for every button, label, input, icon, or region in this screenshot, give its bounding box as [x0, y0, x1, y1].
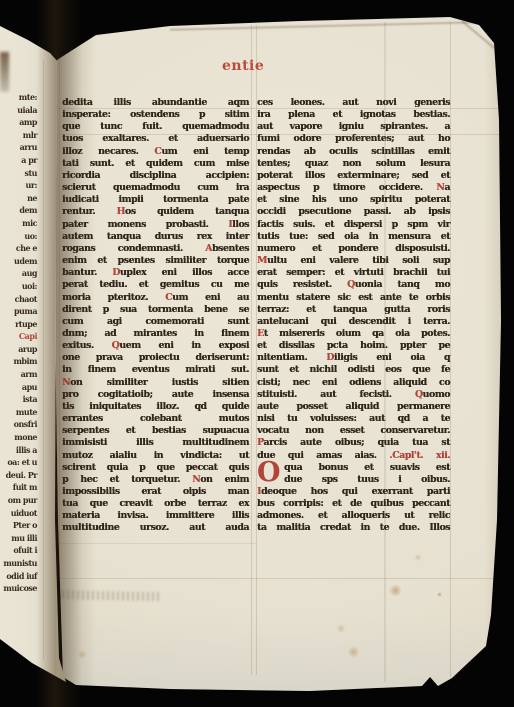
page-bottom-tint: [60, 612, 500, 707]
facing-page-line-fragment: aug: [1, 267, 37, 280]
text-line: pater monens probasti. Illos: [62, 219, 249, 231]
facing-page-line-fragment: arup: [1, 343, 37, 356]
ruling-line: [57, 578, 497, 579]
text-line: tuos exaltares. et aduersario: [62, 133, 249, 145]
facing-page-line-fragment: mic: [1, 217, 37, 230]
text-line: mutoz aialiu in vindicta: ut: [62, 450, 249, 462]
facing-page-line-fragment: a pr: [1, 154, 37, 167]
text-line: tentes; quaz non solum lesura: [257, 158, 450, 170]
text-line: immisisti illis multitudinem: [62, 437, 249, 449]
text-line: fumi odore proferentes; aut ho: [257, 133, 450, 145]
text-line: exitus. Quem eni in exposi: [62, 340, 249, 352]
page-top-edge-darkening: [170, 21, 480, 31]
text-line: p hec et torquetur. Non enim: [62, 474, 249, 486]
facing-page-line-fragment: onsfri: [1, 418, 37, 431]
text-line: aute posset aliquid permanere: [257, 401, 450, 413]
text-line: stituisti. aut fecisti. Quomo: [257, 389, 450, 401]
facing-page-line-fragment: apu: [1, 381, 37, 394]
text-line: et sine his uno spiritu poterat: [257, 194, 450, 206]
text-line: mentu statere sic est ante te orbis: [257, 292, 450, 304]
text-line: perat tediu. et gemitus cu me: [62, 279, 249, 291]
facing-page-line-fragment: om pur: [1, 494, 37, 507]
text-line: antelucani qui descendit i terra.: [257, 316, 450, 328]
facing-page-line-fragment: muicose: [1, 582, 37, 595]
facing-page-line-fragment: mte:: [1, 91, 37, 104]
text-line: terraz: et tanqua gutta roris: [257, 304, 450, 316]
facing-page-line-fragment: puma: [1, 305, 37, 318]
binding-spine-mark: [0, 52, 9, 92]
text-line: in finem eventus mirati sut.: [62, 364, 249, 376]
facing-page-line-fragment: ofuit i: [1, 544, 37, 557]
text-line: numero et pondere disposuisti.: [257, 243, 450, 255]
text-line: dirent p sua tormenta bene se: [62, 304, 249, 316]
facing-page-line-fragment: mu illi: [1, 532, 37, 545]
text-line: moria pteritoz. Cum eni au: [62, 292, 249, 304]
manuscript-photo: mte:uialaampmlrarrua prstuur:nedemmicuo:…: [0, 0, 514, 707]
corner-fold-crease: [461, 20, 494, 49]
rubricated-text: D: [112, 267, 120, 278]
text-line: rendas ab oculis scintillas emit: [257, 146, 450, 158]
text-line: tis iniquitates illoz. qd quide: [62, 401, 249, 413]
text-column-right: ces leones. aut novi generisira plena et…: [257, 97, 450, 535]
facing-page-line-fragment: uiala: [1, 104, 37, 117]
facing-page-line-fragment: mute: [1, 406, 37, 419]
text-line: autem tanqua durus rex inter: [62, 231, 249, 243]
facing-page-line-fragment: mbim: [1, 355, 37, 368]
facing-page-line-fragment: mone: [1, 431, 37, 444]
text-line: one prava proiectu deriserunt:: [62, 352, 249, 364]
text-column-left: dedita illis abundantie aqminsperate: os…: [62, 97, 249, 535]
text-line: rentur. Hos quidem tanqua: [62, 206, 249, 218]
facing-page-line-fragment: arru: [1, 141, 37, 154]
text-line: ricordia disciplina accipien:: [62, 170, 249, 182]
facing-page-line-fragment: uo:: [1, 230, 37, 243]
text-line: nitentiam. Diligis eni oia q: [257, 352, 450, 364]
text-line: enim et psentes similiter torque: [62, 255, 249, 267]
text-line: iudicati impii tormenta pate: [62, 194, 249, 206]
text-line: et dissilas pcta hoim. ppter pe: [257, 340, 450, 352]
facing-page-line-fragment: dem: [1, 204, 37, 217]
text-line: Non similiter iustis sitien: [62, 377, 249, 389]
rubricated-text: D: [326, 352, 334, 363]
text-line: errantes colebant mutos: [62, 413, 249, 425]
text-line: Oqua bonus et suavis est: [257, 462, 450, 474]
facing-page-line-fragment: oa: et u: [1, 456, 37, 469]
stain: [347, 646, 360, 658]
rubricated-text: H: [116, 206, 124, 217]
rubricated-text: N: [192, 474, 200, 485]
text-line: tua que creavit orbe terraz ex: [62, 498, 249, 510]
text-line: multitudine ursoz. aut auda: [62, 522, 249, 534]
facing-page-line-fragment: udem: [1, 255, 37, 268]
facing-page-line-fragment: stu: [1, 167, 37, 180]
text-line: ira plena et ignotas bestias.: [257, 109, 450, 121]
page-edge-shading: [484, 15, 506, 695]
facing-page-line-fragment: Pter o: [1, 519, 37, 532]
facing-page-line-fragment: uiduot: [1, 507, 37, 520]
text-line: aspectus p timore occidere. Na: [257, 182, 450, 194]
text-line: aut vapore igniu spirantes. a: [257, 121, 450, 133]
text-line: erat semper: et virtuti brachii tui: [257, 267, 450, 279]
facing-page-line-fragment: ista: [1, 393, 37, 406]
text-line: scirent quia p que peccat quis: [62, 462, 249, 474]
facing-page-line-fragment: che e: [1, 242, 37, 255]
text-line: materia invisa. immittere illis: [62, 510, 249, 522]
text-line: bantur. Duplex eni illos acce: [62, 267, 249, 279]
text-line: rogans condemnasti. Absentes: [62, 243, 249, 255]
gutter-shadow: [36, 0, 82, 707]
text-line: Et misereris oium qa oia potes.: [257, 328, 450, 340]
facing-page-line-fragment: odid iuf: [1, 570, 37, 583]
text-line: quis resistet. Quonia tanq mo: [257, 279, 450, 291]
stain: [437, 592, 442, 597]
text-line: Parcis aute oibus; quia tua st: [257, 437, 450, 449]
text-line: tutis tue: sed oia in mensura et: [257, 231, 450, 243]
stain: [414, 554, 422, 561]
text-line: ces leones. aut novi generis: [257, 97, 450, 109]
text-line: Ideoque hos qui exerrant parti: [257, 486, 450, 498]
facing-page-line-fragment: fuit m: [1, 481, 37, 494]
rubricated-text: Q: [347, 279, 355, 290]
rubricated-text: A: [205, 243, 212, 254]
text-line: dnm; ad mirantes in finem: [62, 328, 249, 340]
text-line: cum agi comemorati sunt: [62, 316, 249, 328]
facing-page-line-fragment: chaot: [1, 293, 37, 306]
facing-page-line-fragment: arm: [1, 368, 37, 381]
text-line: factis suis. et dispersi p spm vir: [257, 219, 450, 231]
rubricated-text: E: [257, 328, 264, 339]
text-line: ta malitia credat in te due. Illos: [257, 522, 450, 534]
text-line: serpentes et bestias supuacua: [62, 425, 249, 437]
text-line: insperate: ostendens p sitim: [62, 109, 249, 121]
text-line: Multu eni valere tibi soli sup: [257, 255, 450, 267]
facing-page-line-fragment: Capi: [1, 330, 37, 343]
text-line: occidi psecutione passi. ab ipsis: [257, 206, 450, 218]
text-line: nisi tu voluisses: aut qd a te: [257, 413, 450, 425]
rubricated-text: .Capl't. xii.: [389, 450, 450, 461]
facing-page-line-fragment: amp: [1, 116, 37, 129]
facing-page-text-fragments: mte:uialaampmlrarrua prstuur:nedemmicuo:…: [1, 91, 37, 595]
text-line: dedita illis abundantie aqm: [62, 97, 249, 109]
facing-page-line-fragment: munistu: [1, 557, 37, 570]
facing-page-line-fragment: rtupe: [1, 318, 37, 331]
stain: [336, 624, 346, 633]
text-line: illoz necares. Cum eni temp: [62, 146, 249, 158]
text-line: que tunc fuit. quemadmodu: [62, 121, 249, 133]
running-title: entie: [222, 58, 292, 74]
facing-page-line-fragment: ne: [1, 192, 37, 205]
ruling-line: [57, 543, 257, 544]
stain: [388, 585, 403, 596]
text-line: admones. et alloqueris ut relic: [257, 510, 450, 522]
text-line: impossibilis erat oipis man: [62, 486, 249, 498]
text-line: vocatu non esset conservaretur.: [257, 425, 450, 437]
facing-page-line-fragment: mlr: [1, 129, 37, 142]
text-line: tati sunt. et quidem cum mise: [62, 158, 249, 170]
facing-page-line-fragment: ur:: [1, 179, 37, 192]
text-line: due sps tuus i oibus.: [257, 474, 450, 486]
facing-page-line-fragment: illis a: [1, 444, 37, 457]
text-line: bus corripis: et de quibus peccant: [257, 498, 450, 510]
text-line: cisti; nec eni odiens aliquid co: [257, 377, 450, 389]
text-line: poterat illos exterminare; sed et: [257, 170, 450, 182]
text-line: sunt et nichil odisti eos que fe: [257, 364, 450, 376]
facing-page-line-fragment: deui. Pr: [1, 469, 37, 482]
text-line: scierut quemadmodu cum ira: [62, 182, 249, 194]
rubricated-text: Q: [415, 389, 423, 400]
text-line: pro cogitatioib; aute insensa: [62, 389, 249, 401]
text-line: due qui amas aias. .Capl't. xii.: [257, 450, 450, 462]
facing-page-line-fragment: uoi:: [1, 280, 37, 293]
rubricated-text: M: [257, 255, 267, 266]
